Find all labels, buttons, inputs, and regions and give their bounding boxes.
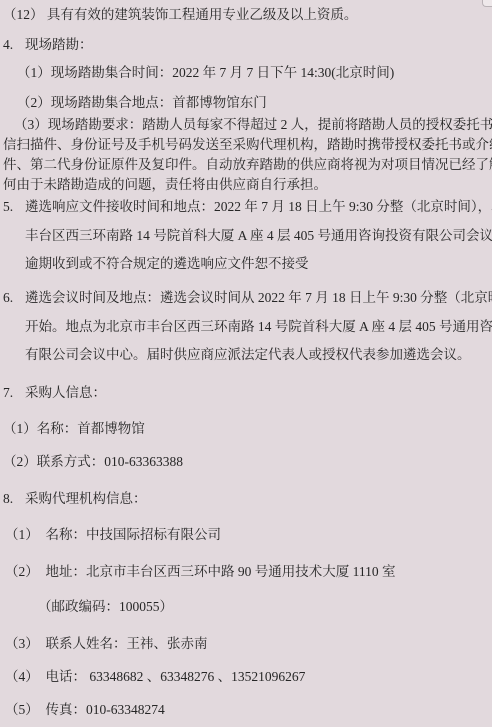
section-7-heading: 7.采购人信息： bbox=[3, 384, 106, 402]
site-visit-location: （2）现场踏勘集合地点：首都博物馆东门 bbox=[17, 94, 267, 112]
item-12-qualification: （12） 具有有效的建筑装饰工程通用专业乙级及以上资质。 bbox=[3, 6, 357, 24]
document-page: （12） 具有有效的建筑装饰工程通用专业乙级及以上资质。 4.现场踏勘： （1）… bbox=[0, 0, 492, 727]
section-6-heading: 6.遴选会议时间及地点：遴选会议时间从 2022 年 7 月 18 日上午 9:… bbox=[3, 289, 492, 307]
agency-name: （1） 名称：中技国际招标有限公司 bbox=[5, 526, 221, 544]
agency-fax: （5） 传真：010-63348274 bbox=[5, 701, 165, 719]
section-4-title: 现场踏勘： bbox=[25, 37, 93, 52]
site-visit-requirements-l4: 何由于未踏勘造成的问题，责任将由供应商自行承担。 bbox=[3, 176, 327, 194]
agency-phone: （4） 电话： 63348682 、63348276 、13521096267 bbox=[5, 668, 305, 686]
section-4-heading: 4.现场踏勘： bbox=[3, 36, 93, 54]
section-8-heading: 8.采购代理机构信息： bbox=[3, 490, 147, 508]
section-7-title: 采购人信息： bbox=[25, 385, 106, 400]
section-4-number: 4. bbox=[3, 36, 25, 54]
site-visit-requirements-l3: 件、第二代身份证原件及复印件。自动放弃踏勘的供应商将视为对项目情况已经了解，任 bbox=[3, 156, 492, 174]
section-5-heading: 5.遴选响应文件接收时间和地点：2022 年 7 月 18 日上午 9:30 分… bbox=[3, 198, 492, 216]
purchaser-name: （1）名称：首都博物馆 bbox=[3, 420, 145, 438]
section-5-text-l3: 逾期收到或不符合规定的遴选响应文件恕不接受 bbox=[25, 255, 309, 273]
section-5-text-l2: 丰台区西三环南路 14 号院首科大厦 A 座 4 层 405 号通用咨询投资有限… bbox=[25, 227, 492, 245]
section-6-text-l3: 有限公司会议中心。届时供应商应派法定代表人或授权代表参加遴选会议。 bbox=[25, 346, 471, 364]
section-5-number: 5. bbox=[3, 198, 25, 216]
agency-contact-names: （3） 联系人姓名：王祎、张赤南 bbox=[5, 635, 208, 653]
ui-corner-fragment bbox=[482, 0, 492, 7]
section-8-title: 采购代理机构信息： bbox=[25, 491, 147, 506]
section-6-text-l1: 遴选会议时间及地点：遴选会议时间从 2022 年 7 月 18 日上午 9:30… bbox=[25, 290, 492, 305]
agency-postal-code: （邮政编码：100055） bbox=[38, 598, 173, 616]
section-8-number: 8. bbox=[3, 490, 25, 508]
site-visit-requirements-l1: （3）现场踏勘要求：踏勘人员每家不得超过 2 人，提前将踏勘人员的授权委托书或介… bbox=[14, 116, 492, 134]
section-6-number: 6. bbox=[3, 289, 25, 307]
section-7-number: 7. bbox=[3, 384, 25, 402]
purchaser-contact: （2）联系方式：010-63363388 bbox=[3, 453, 183, 471]
site-visit-requirements-l2: 信扫描件、身份证号及手机号码发送至采购代理机构，踏勘时携带授权委托书或介绍信原 bbox=[3, 136, 492, 154]
agency-address: （2） 地址：北京市丰台区西三环中路 90 号通用技术大厦 1110 室 bbox=[5, 563, 396, 581]
section-5-text-l1: 遴选响应文件接收时间和地点：2022 年 7 月 18 日上午 9:30 分整（… bbox=[25, 199, 492, 214]
section-6-text-l2: 开始。地点为北京市丰台区西三环南路 14 号院首科大厦 A 座 4 层 405 … bbox=[25, 318, 492, 336]
site-visit-time: （1）现场踏勘集合时间：2022 年 7 月 7 日下午 14:30(北京时间) bbox=[17, 64, 394, 82]
